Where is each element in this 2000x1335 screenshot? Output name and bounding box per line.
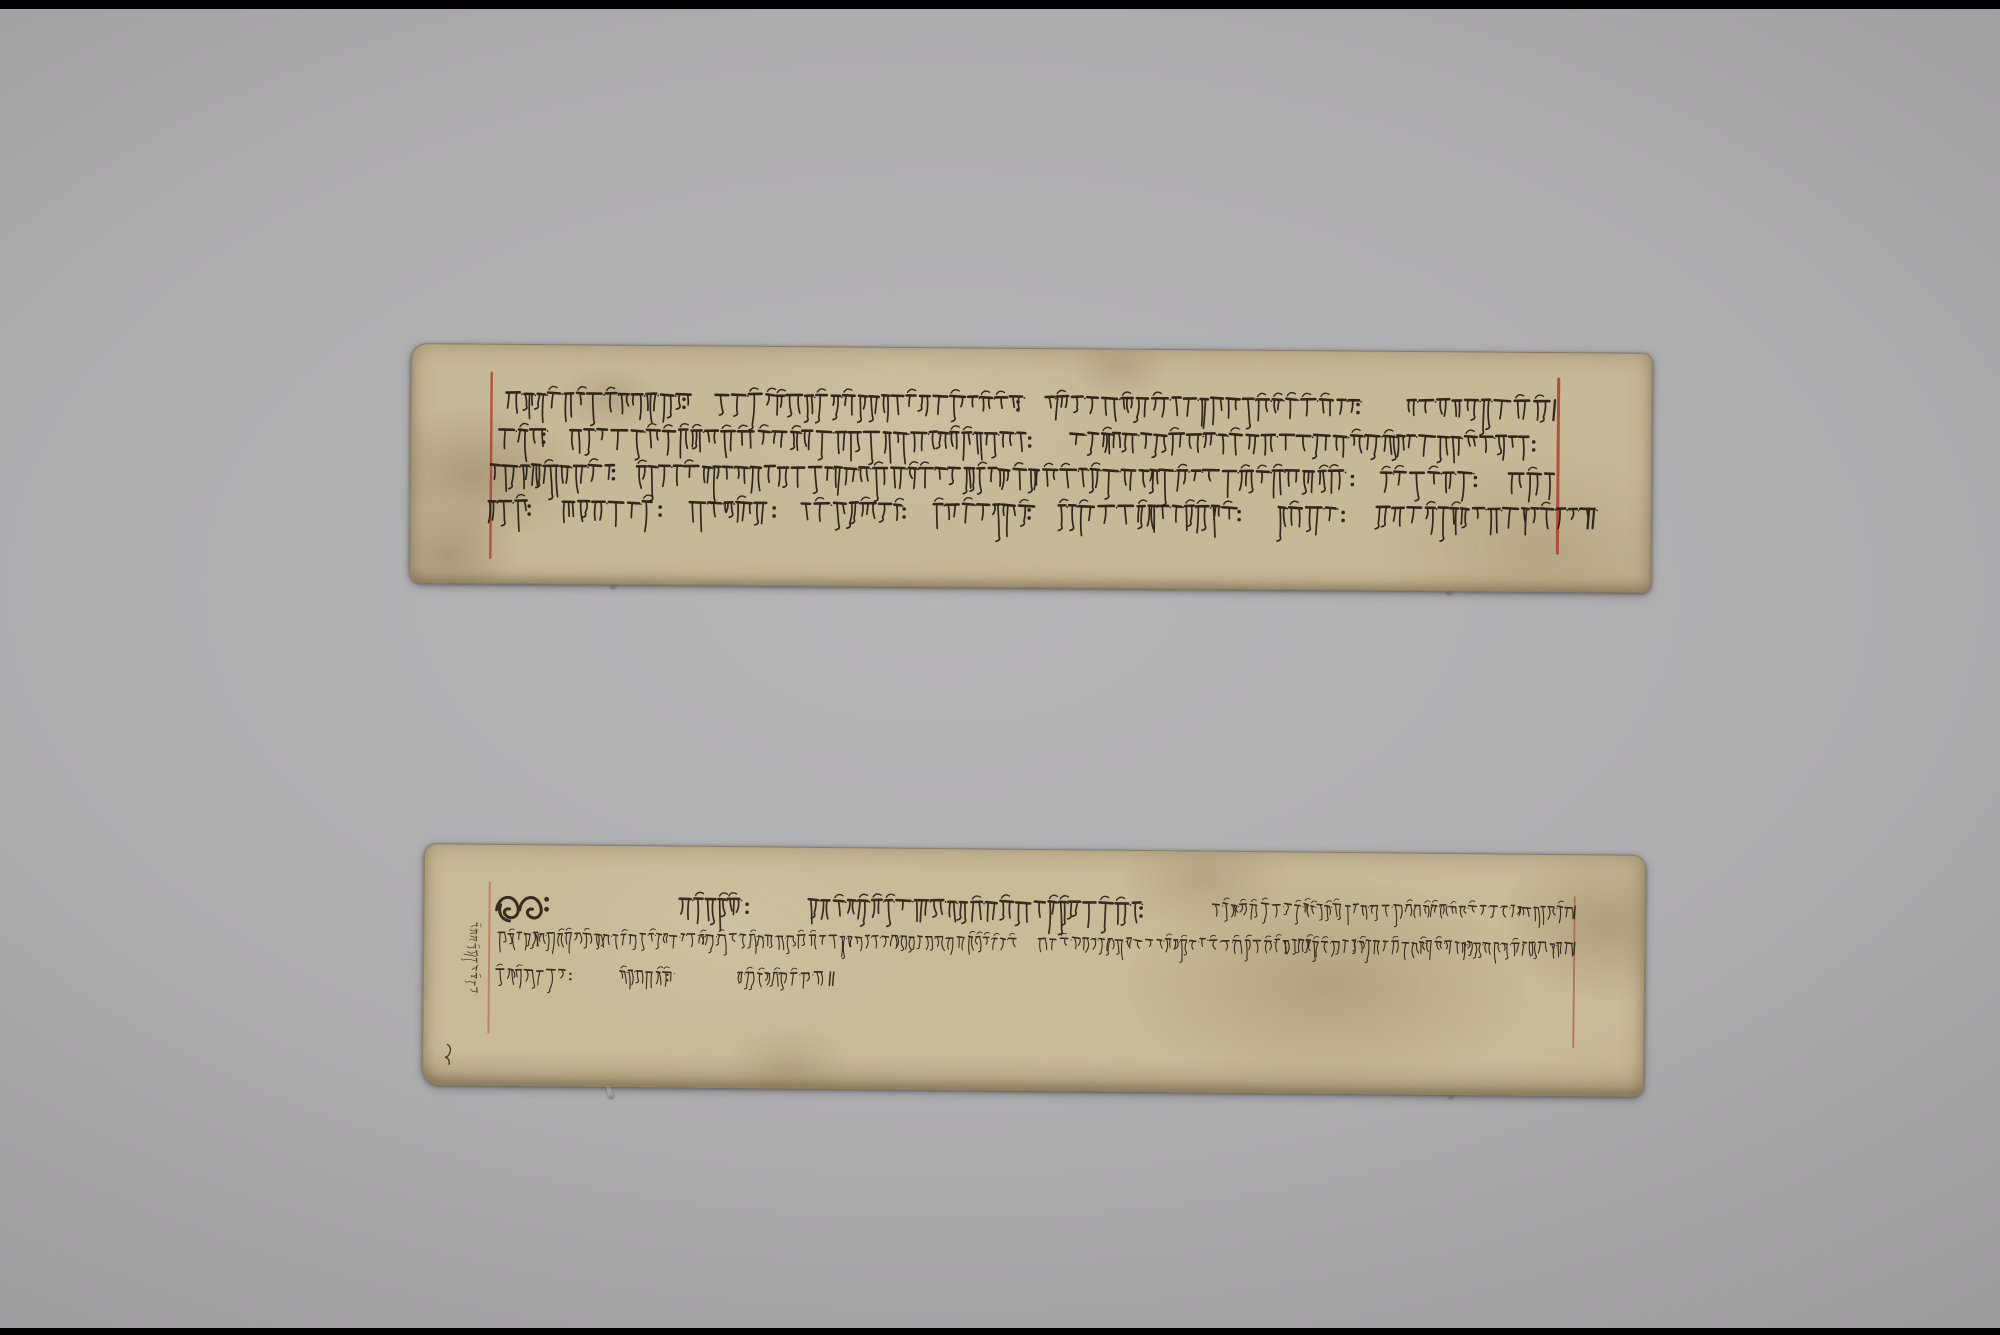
gter-tsheg-mark [1028,436,1032,448]
gter-tsheg-mark [1237,510,1241,522]
gter-tsheg-mark [682,397,686,409]
folio-corner-mark [445,1044,450,1064]
letterbox-top [0,0,2000,9]
gter-tsheg-mark [1027,508,1031,520]
text-line [498,927,1575,966]
gter-tsheg-mark [1532,440,1536,452]
double-shad-mark [829,972,833,985]
photo-stage [0,0,2000,1335]
gter-tsheg-mark [745,902,749,914]
letterbox-bottom [0,1328,2000,1335]
gter-tsheg-mark [658,505,662,517]
text-line [506,386,1555,436]
margin-rule-right [1573,897,1574,1047]
text-line [496,890,1575,940]
script-layer [410,344,1652,592]
gter-tsheg-mark [612,469,616,481]
text-line [496,964,834,995]
marginal-vertical-note [461,923,481,996]
text-line [488,494,1598,546]
script-layer [423,844,1645,1096]
gter-tsheg-mark [772,506,776,518]
yig-mgo-mark [496,896,549,921]
margin-rule-left [488,883,489,1033]
gter-tsheg-mark [1356,403,1360,415]
gter-tsheg-mark [1474,476,1478,488]
gter-tsheg-mark [1351,475,1355,487]
lower-folio [422,843,1646,1097]
upper-folio [409,343,1653,593]
gter-tsheg-mark [569,973,571,981]
gter-tsheg-mark [1341,511,1345,523]
double-shad-mark [1588,508,1595,528]
gter-tsheg-mark [527,504,531,516]
shad-mark [1553,400,1555,420]
gter-tsheg-mark [1139,906,1143,918]
gter-tsheg-mark [902,507,906,519]
